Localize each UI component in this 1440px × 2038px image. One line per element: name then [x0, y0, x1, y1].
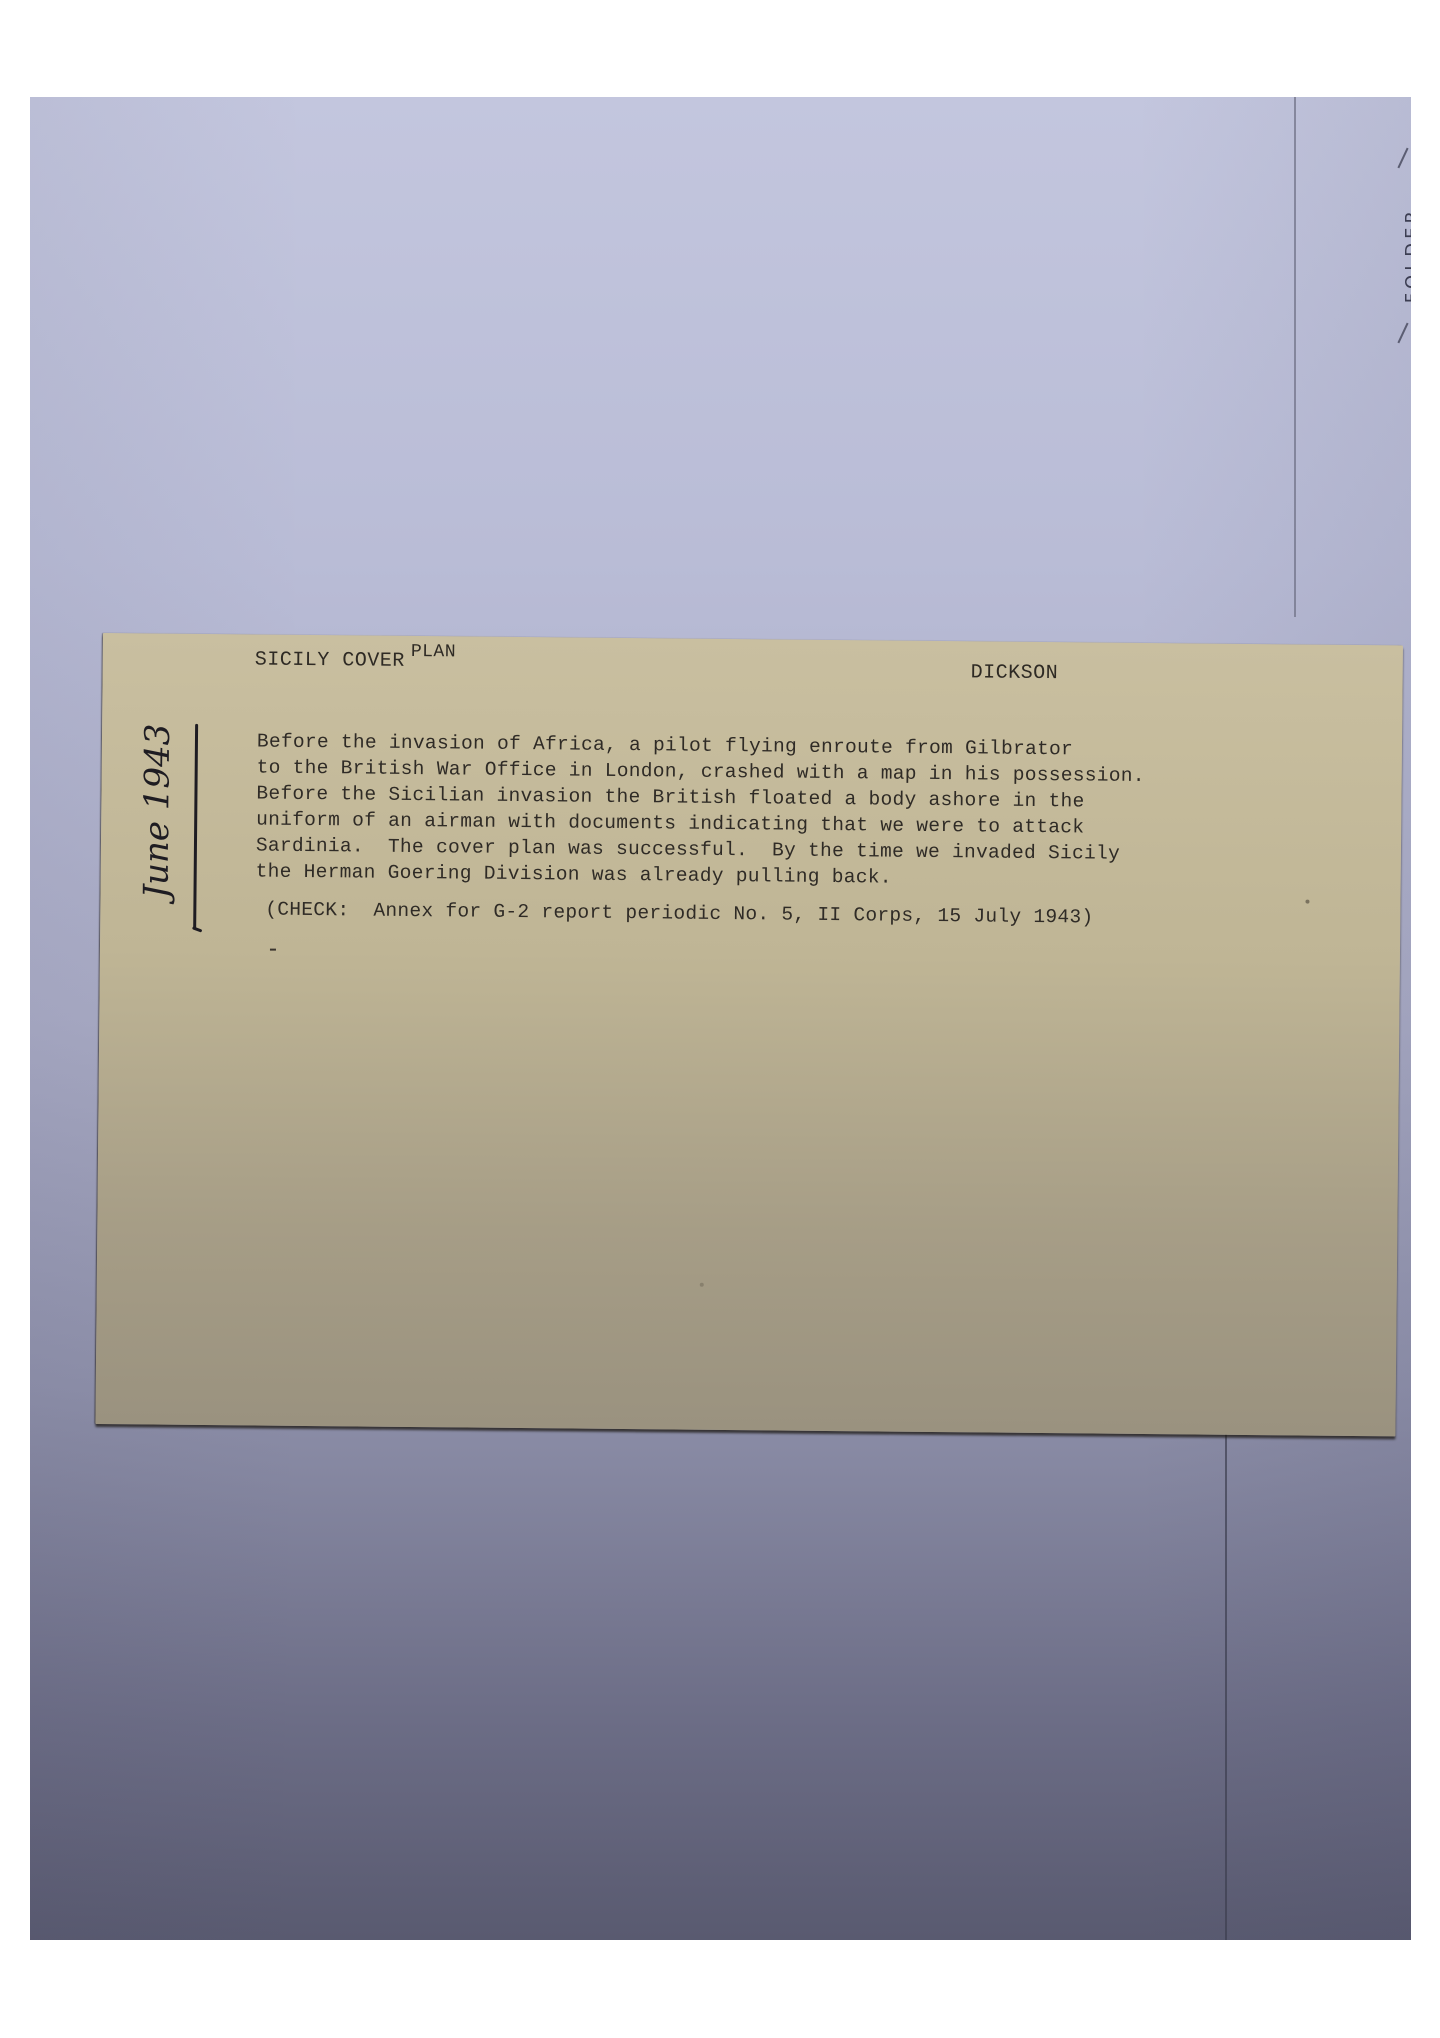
paper-speck — [1305, 900, 1309, 904]
paper-speck — [700, 1283, 704, 1287]
folder-tab-slash — [1397, 148, 1408, 169]
folder-edge-line — [1294, 97, 1296, 617]
folder-tab-fragment: A — [1408, 97, 1411, 108]
check-note: (CHECK: Annex for G-2 report periodic No… — [265, 899, 1093, 929]
card-body: Before the invasion of Africa, a pilot f… — [256, 728, 1287, 894]
index-card: SICILY COVERPLAN DICKSON June 1943 Befor… — [95, 633, 1403, 1436]
card-title-superscript: PLAN — [411, 642, 456, 662]
typed-dash — [270, 949, 276, 951]
folder-tab-label: FOLDER — [1402, 207, 1411, 303]
card-title-text: SICILY COVER — [255, 648, 405, 672]
handwritten-date: June 1943 — [136, 723, 178, 898]
folder-edge-line-lower — [1225, 1427, 1227, 1940]
document-photo: A FOLDER SICILY COVERPLAN DICKSON June 1… — [30, 97, 1411, 1940]
folder-tab-slash — [1397, 323, 1408, 344]
handwritten-underline — [193, 724, 198, 929]
card-title: SICILY COVERPLAN — [255, 648, 456, 673]
card-name: DICKSON — [971, 661, 1059, 685]
